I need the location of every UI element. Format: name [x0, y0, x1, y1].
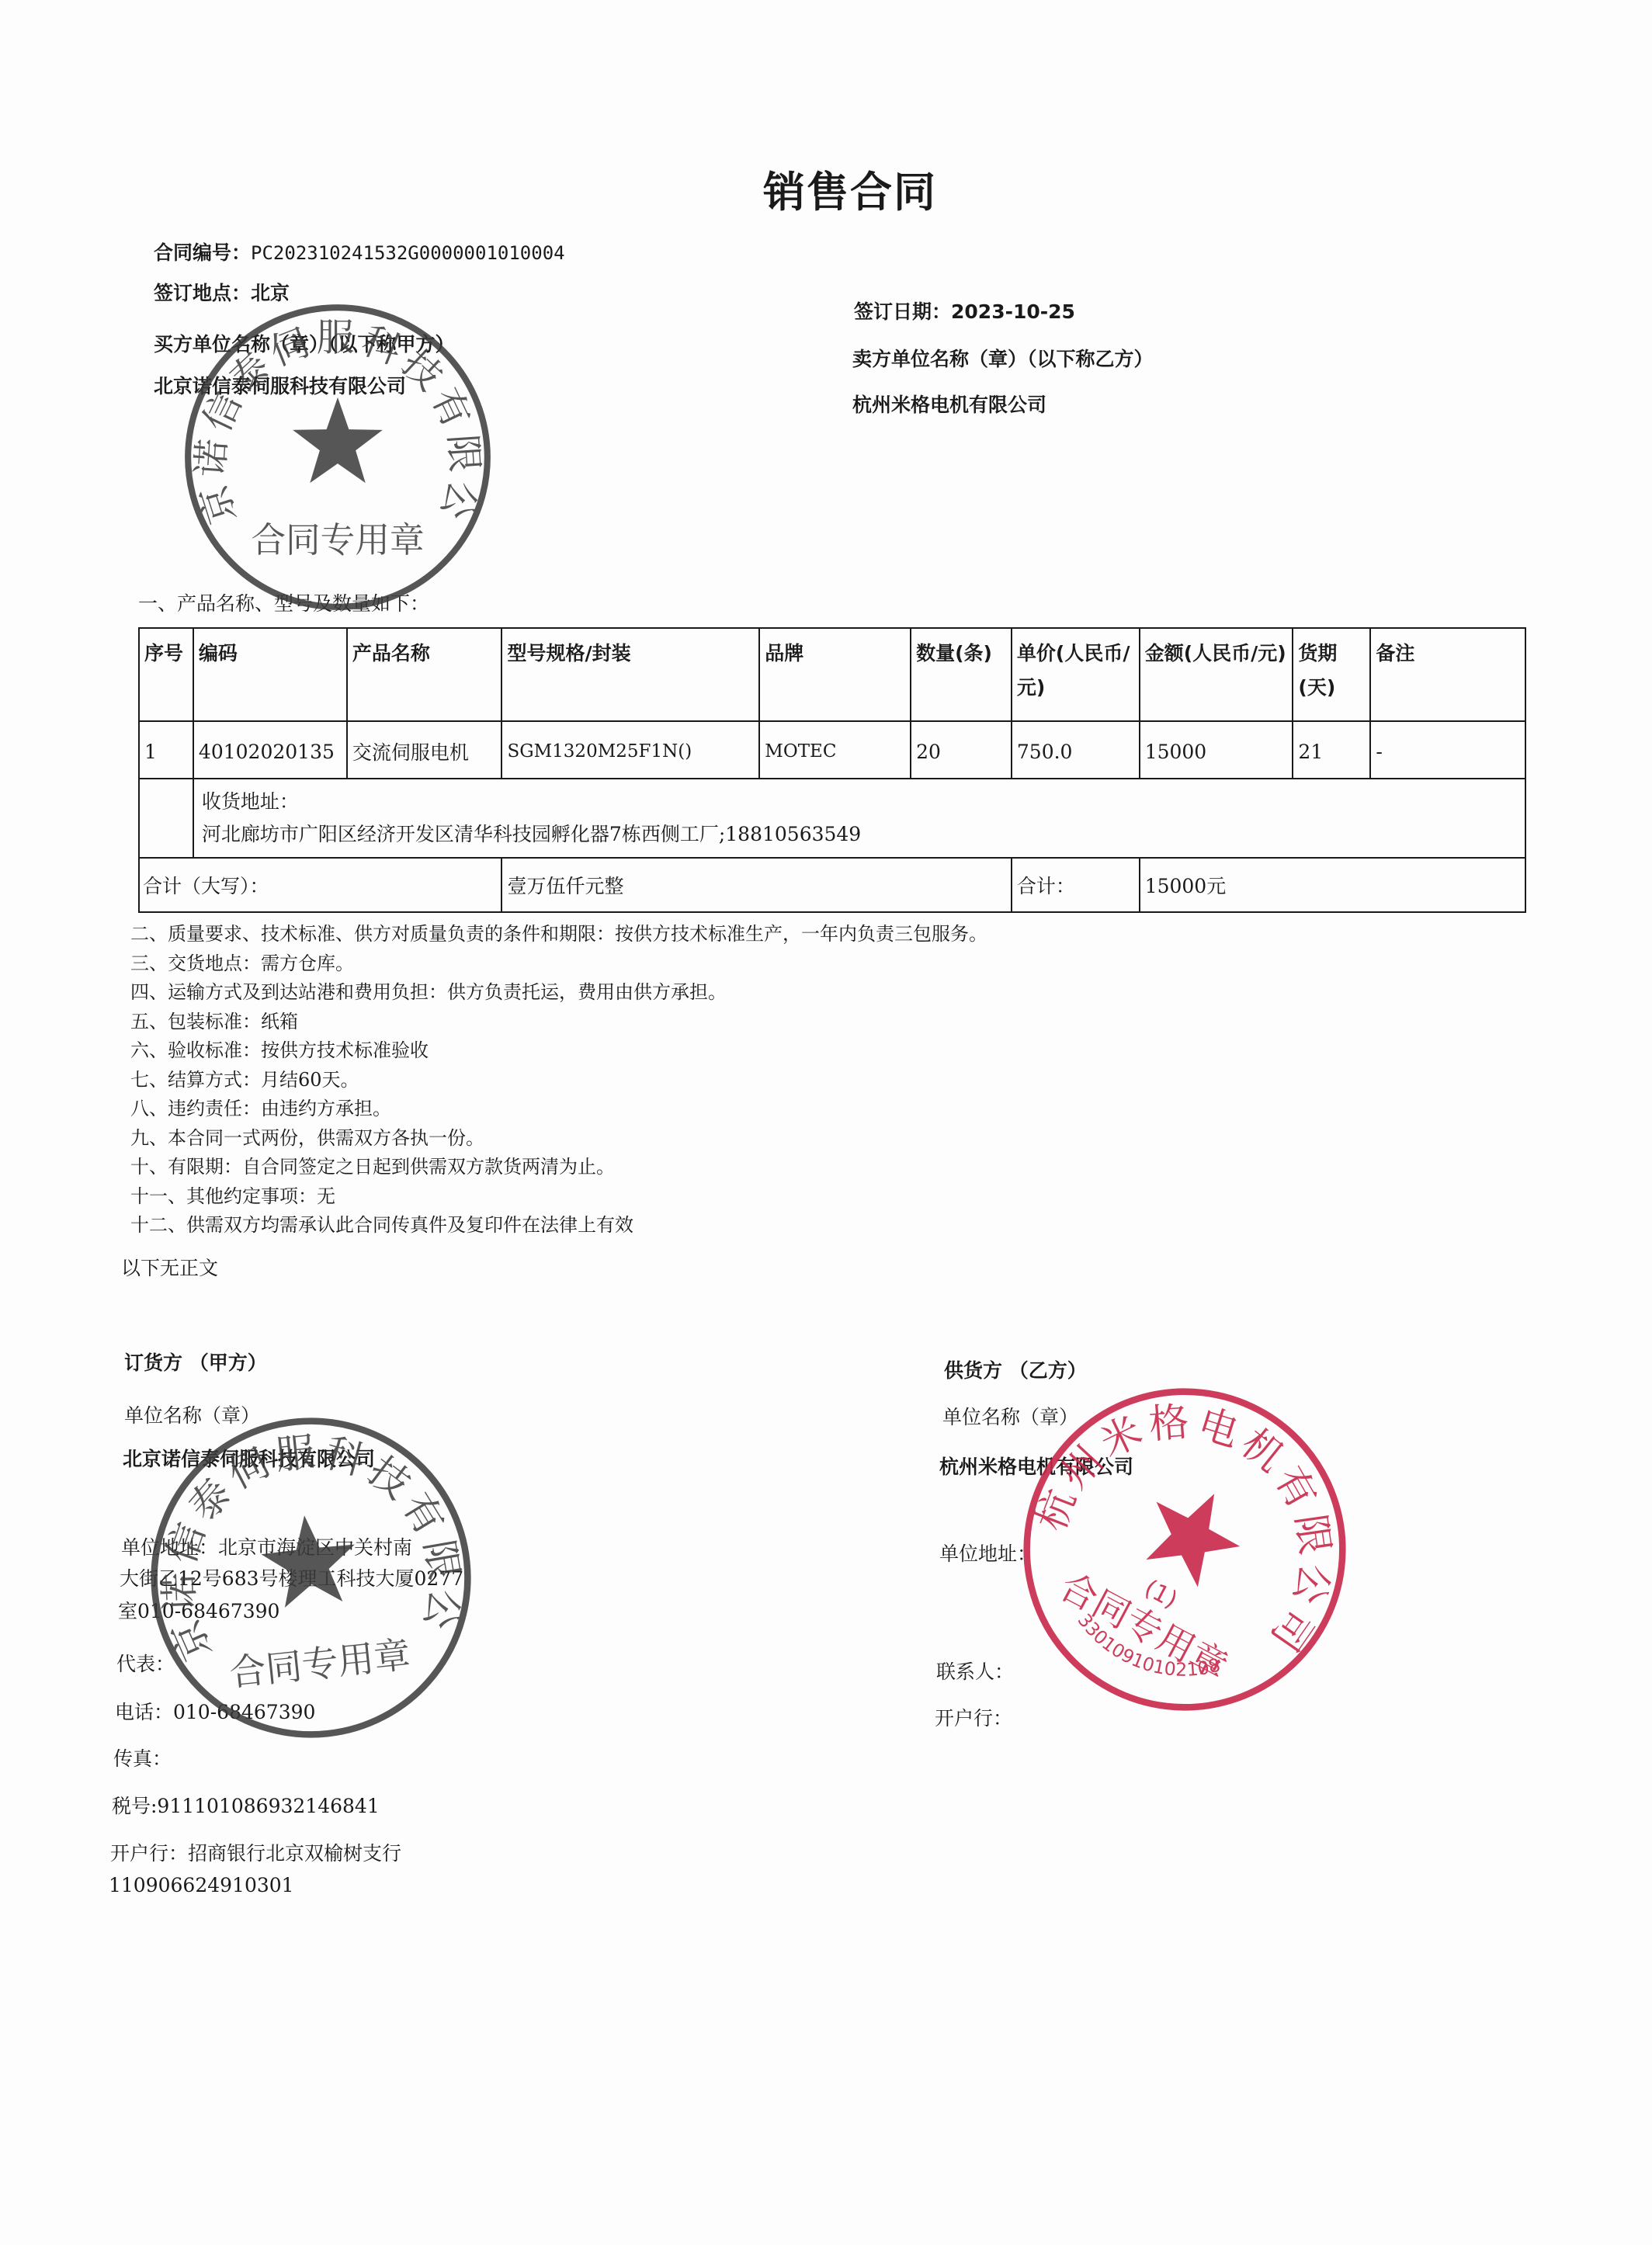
sign-date-value: 2023-10-25	[951, 300, 1075, 323]
sign-place-value: 北京	[251, 282, 290, 304]
end-note: 以下无正文	[121, 1253, 218, 1281]
cell-no: 1	[139, 721, 193, 779]
svg-text:(1): (1)	[1140, 1574, 1182, 1614]
buyer-address-line3: 室010-68467390	[118, 1596, 279, 1624]
cell-model: SGM1320M25F1N()	[501, 721, 759, 779]
address-cell: 收货地址： 河北廊坊市广阳区经济开发区清华科技园孵化器7栋西侧工厂;188105…	[193, 779, 1525, 858]
buyer-name: 北京诺信泰伺服科技有限公司	[154, 371, 406, 399]
col-header-amount: 金额(人民币/元)	[1140, 628, 1293, 721]
buyer-account: 110906624910301	[109, 1874, 294, 1896]
seller-address-label: 单位地址：	[939, 1539, 1036, 1567]
seller-name-label: 单位名称（章）	[942, 1402, 1078, 1430]
buyer-bank: 开户行：招商银行北京双榆树支行	[110, 1838, 401, 1866]
cell-brand: MOTEC	[759, 721, 911, 779]
seller-name: 杭州米格电机有限公司	[852, 390, 1046, 418]
svg-text:3301091010210​8: 3301091010210​8	[1067, 1587, 1230, 1709]
cell-code: 40102020135	[193, 721, 347, 779]
term-item: 九、本合同一式两份，供需双方各执一份。	[130, 1124, 987, 1154]
buyer-name-value: 北京诺信泰伺服科技有限公司	[123, 1444, 375, 1472]
cell-name: 交流伺服电机	[347, 721, 502, 779]
items-table: 序号 编码 产品名称 型号规格/封装 品牌 数量(条) 单价(人民币/元) 金额…	[138, 627, 1526, 913]
cell-remark: -	[1370, 721, 1525, 779]
col-header-code: 编码	[193, 628, 347, 721]
contract-number-value: PC20231024153​2G0000001010004	[251, 242, 565, 264]
table-header-row: 序号 编码 产品名称 型号规格/封装 品牌 数量(条) 单价(人民币/元) 金额…	[139, 628, 1525, 721]
col-header-brand: 品牌	[759, 628, 911, 721]
svg-text:合同专用章: 合同专用章	[227, 1634, 412, 1695]
buyer-phone: 电话：010-68467390	[115, 1697, 315, 1725]
buyer-address-line1: 单位地址：北京市海淀区中关村南	[121, 1532, 412, 1560]
term-item: 十一、其他约定事项：无	[130, 1182, 987, 1212]
svg-text:杭州米格电机有限公司: 杭州米格电机有限公司	[1023, 1343, 1395, 1666]
term-item: 五、包装标准：纸箱	[130, 1008, 987, 1037]
term-item: 四、运输方式及到达站港和费用负担：供方负责托运，费用由供方承担。	[130, 978, 987, 1008]
term-item: 八、违约责任：由违约方承担。	[130, 1095, 987, 1124]
term-item: 十、有限期：自合同签定之日起到供需双方款货两清为止。	[130, 1153, 987, 1182]
address-label: 收货地址：	[202, 786, 1520, 818]
seller-name-value: 杭州米格电机有限公司	[939, 1452, 1133, 1480]
table-row: 1 40102020135 交流伺服电机 SGM1320M25F1N() MOT…	[139, 721, 1525, 779]
cell-unit-price: 750.0	[1012, 721, 1140, 779]
address-value: 河北廊坊市广阳区经济开发区清华科技园孵化器7栋西侧工厂;18810563549	[202, 818, 1520, 851]
address-row: 收货地址： 河北廊坊市广阳区经济开发区清华科技园孵化器7栋西侧工厂;188105…	[139, 779, 1525, 858]
cell-qty: 20	[911, 721, 1012, 779]
address-spacer-cell	[139, 779, 193, 858]
buyer-label: 买方单位名称（章）（以下称甲方）	[154, 329, 455, 357]
document-title: 销售合同	[0, 159, 1652, 219]
col-header-model: 型号规格/封装	[501, 628, 759, 721]
col-header-qty: 数量(条)	[911, 628, 1012, 721]
term-item: 十二、供需双方均需承认此合同传真件及复印件在法律上有效	[130, 1211, 987, 1240]
sign-date-label: 签订日期：	[854, 300, 951, 323]
svg-text:合同专用章: 合同专用章	[251, 520, 424, 560]
col-header-remark: 备注	[1370, 628, 1525, 721]
sign-place-label: 签订地点：	[154, 282, 251, 304]
total-upper-value: 壹万伍仟元整	[501, 858, 1011, 912]
buyer-tax-no: 税号:91110108693214684​1	[112, 1791, 380, 1819]
seller-label: 卖方单位名称（章）（以下称乙方）	[852, 344, 1154, 372]
total-row: 合计（大写）： 壹万伍仟元整 合计： 15000元	[139, 858, 1525, 912]
col-header-name: 产品名称	[347, 628, 502, 721]
term-item: 七、结算方式：月结60天。	[130, 1066, 987, 1095]
buyer-heading: 订货方 （甲方）	[124, 1348, 267, 1376]
section-1-title: 一、产品名称、型号及数量如下：	[138, 588, 429, 616]
term-item: 六、验收标准：按供方技术标准验收	[130, 1036, 987, 1066]
buyer-address-line2: 大街乙12号683号楼理工科技大厦0277	[120, 1563, 463, 1591]
buyer-name-label: 单位名称（章）	[124, 1400, 260, 1428]
term-item: 三、交货地点：需方仓库。	[130, 949, 987, 979]
total-label: 合计：	[1012, 858, 1140, 912]
cell-amount: 15000	[1140, 721, 1293, 779]
seller-bank-label: 开户行：	[935, 1703, 1012, 1731]
sign-place: 签订地点：北京	[154, 278, 290, 306]
seller-heading: 供货方 （乙方）	[944, 1355, 1087, 1383]
terms-list: 二、质量要求、技术标准、供方对质量负责的条件和期限：按供方技术标准生产，一年内负…	[130, 920, 987, 1240]
seller-contact-label: 联系人：	[936, 1657, 1014, 1685]
sign-date: 签订日期：2023-10-25	[854, 297, 1075, 324]
buyer-fax: 传真：	[113, 1744, 172, 1771]
col-header-no: 序号	[139, 628, 193, 721]
col-header-lead-days: 货期(天)	[1293, 628, 1370, 721]
term-item: 二、质量要求、技术标准、供方对质量负责的条件和期限：按供方技术标准生产，一年内负…	[130, 920, 987, 949]
total-upper-label: 合计（大写）：	[139, 858, 501, 912]
cell-lead-days: 21	[1293, 721, 1370, 779]
col-header-unit-price: 单价(人民币/元)	[1012, 628, 1140, 721]
buyer-rep: 代表：	[116, 1649, 175, 1677]
svg-text:合同专用章: 合同专用章	[1053, 1565, 1234, 1688]
total-value: 15000元	[1140, 858, 1525, 912]
contract-number-label: 合同编号：	[154, 241, 251, 264]
contract-number: 合同编号：PC20231024153​2G0000001010004	[154, 238, 565, 265]
